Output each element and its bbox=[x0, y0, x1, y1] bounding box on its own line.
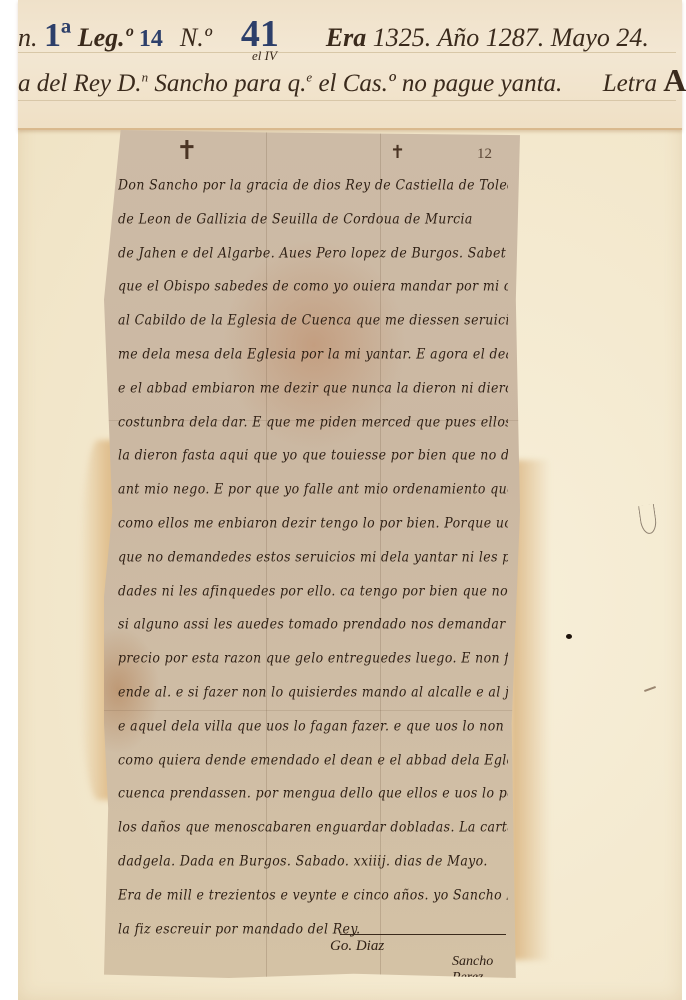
signature-scribe: Go. Diaz bbox=[330, 938, 384, 955]
ink-spot bbox=[566, 634, 572, 639]
archival-label: n. 1ª Leg.º 14 N.º 41 Era 1325. Año 1287… bbox=[18, 0, 682, 130]
text-line: de Leon de Gallizia de Seuilla de Cordou… bbox=[118, 199, 508, 238]
text-line: dadgela. Dada en Burgos. Sabado. xxiiij.… bbox=[118, 841, 508, 880]
label-prefix: n. bbox=[18, 23, 38, 52]
superscript-2: e bbox=[306, 70, 312, 85]
month: Mayo bbox=[551, 23, 610, 52]
era-value: 1325. bbox=[373, 23, 432, 52]
text-line: la fiz escreuir por mandado del Rey. bbox=[118, 909, 508, 948]
label-row-summary: a del Rey D.n Sancho para q.e el Cas.º n… bbox=[18, 62, 686, 99]
label-rule bbox=[18, 100, 676, 101]
number-label: N.º bbox=[180, 23, 212, 52]
charter-parchment: ✝ ✝ 12 Don Sancho por la gracia de dios … bbox=[104, 130, 520, 978]
summary-mid: para q. bbox=[234, 70, 306, 97]
closing-rule bbox=[340, 934, 506, 935]
folio-number: 12 bbox=[477, 146, 492, 163]
label-row-reference: n. 1ª Leg.º 14 N.º 41 Era 1325. Año 1287… bbox=[18, 12, 649, 56]
king-name: Sancho bbox=[154, 70, 228, 97]
pencil-dash bbox=[644, 686, 656, 692]
legajo-number: 1ª bbox=[44, 17, 71, 54]
anno-label: Año bbox=[437, 23, 479, 52]
text-line: que no demandedes estos seruicios mi del… bbox=[118, 537, 508, 576]
text-line: e aquel dela villa que uos lo fagan faze… bbox=[118, 706, 508, 745]
day: 24. bbox=[616, 23, 649, 52]
text-line: e el abbad embiaron me dezir que nunca l… bbox=[118, 368, 508, 407]
text-line: ende al. e si fazer non lo quisierdes ma… bbox=[118, 672, 508, 711]
summary-start: a del Rey D. bbox=[18, 70, 142, 97]
letra-value: A bbox=[663, 62, 686, 98]
pencil-mark bbox=[638, 504, 658, 535]
backing-sheet: n. 1ª Leg.º 14 N.º 41 Era 1325. Año 1287… bbox=[18, 0, 682, 1000]
anno-value: 1287. bbox=[486, 23, 545, 52]
charter-text: Don Sancho por la gracia de dios Rey de … bbox=[118, 168, 508, 945]
signature-notary: Sancho Perez bbox=[452, 954, 520, 986]
text-line: Era de mill e trezientos e veynte e cinc… bbox=[118, 875, 508, 914]
cross-mark-icon: ✝ bbox=[176, 136, 198, 166]
legajo-label: Leg.º bbox=[78, 23, 133, 52]
cross-mark-icon: ✝ bbox=[390, 142, 405, 163]
letra-label: Letra bbox=[603, 70, 657, 97]
summary-end: el Cas.º no pague yanta. bbox=[318, 70, 562, 97]
era-label: Era bbox=[326, 23, 366, 52]
legajo-ink-number: 14 bbox=[139, 26, 163, 52]
superscript: n bbox=[142, 70, 149, 85]
